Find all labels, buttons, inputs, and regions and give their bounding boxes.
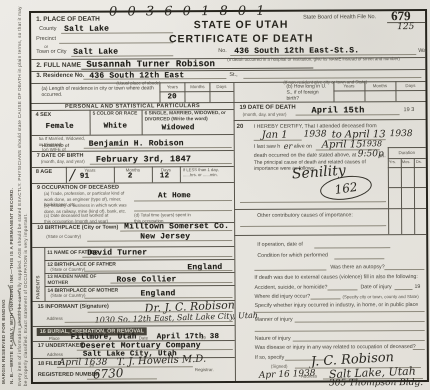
row-line: [32, 182, 234, 184]
informant-label: 15 INFORMANT (Signature): [38, 304, 109, 310]
years-col-label: Years: [160, 84, 184, 89]
occupation-a-value: At Home: [158, 192, 191, 200]
full-name-label: 2. FULL NAME: [36, 62, 81, 69]
column-divider: [233, 82, 236, 381]
rule-line: [311, 298, 341, 299]
street-no-label: No.: [218, 48, 227, 54]
age-less-note: If LESS than 1 day, ......hrs. or ......…: [183, 167, 231, 178]
serial-number-handwritten: 0 0 3 6 0 1 8 0 1: [109, 4, 268, 20]
rule-line: [255, 330, 425, 332]
color-race-label: 5 COLOR OR RACE: [93, 111, 139, 117]
age-label: 8 AGE: [36, 169, 52, 175]
rule-line: [314, 247, 390, 248]
registered-number-label: REGISTERED NUMBER: [38, 372, 99, 378]
st-label: St.,: [229, 72, 237, 78]
marital-value: Widowed: [162, 124, 195, 132]
rule-line: [59, 42, 173, 44]
attended-to-year-handwritten: 1938: [390, 129, 413, 139]
row-line: [234, 119, 426, 121]
autopsy-label: Was there an autopsy?: [330, 264, 384, 270]
days-col-label: Days: [396, 83, 424, 88]
duration-label: Duration: [388, 150, 426, 155]
death-occurred-text: death occurred on the date stated above,…: [254, 152, 357, 159]
rule-line: [394, 289, 412, 290]
rule-line: [87, 240, 232, 242]
marital-label: 6 SINGLE, MARRIED, WIDOWED, or DIVORCED …: [145, 111, 231, 123]
mother-name-label: 13 MAIDEN NAME OF MOTHER: [47, 275, 105, 287]
grid-line: [159, 91, 233, 92]
grid-line: [388, 147, 426, 148]
age-days-value: 12: [160, 172, 169, 180]
residence-label: 3. Residence No.: [36, 73, 84, 79]
where-injury-label: Where did injury occur?: [255, 294, 311, 300]
death-certificate-scan: MARGIN RESERVED FOR BINDING N. B.—WRITE …: [0, 0, 430, 390]
state-country-label: (State or Country): [50, 267, 85, 272]
rule-line: [240, 201, 386, 203]
rule-line: [61, 32, 173, 34]
rule-line: [413, 349, 425, 350]
years-in-city-value: 20: [167, 93, 176, 101]
cert-number: 20: [237, 124, 244, 130]
duration-yrs-label: Yrs.: [389, 160, 396, 165]
rule-line: [84, 147, 232, 149]
certificate-title: CERTIFICATE OF DEATH: [161, 33, 321, 46]
last-saw-year-handwritten: 1938: [362, 139, 382, 148]
grid-line: [142, 109, 143, 134]
grid-line: [401, 159, 402, 234]
injury-date-label: Date of injury: [360, 284, 391, 290]
date-of-death-label: 19 DATE OF DEATH: [240, 105, 296, 111]
birthplace-label: 10 BIRTHPLACE (City or Town): [37, 225, 118, 231]
rule-line: [254, 269, 326, 270]
specify-where-label: Specify whether injury occurred in indus…: [255, 302, 419, 309]
rule-line: [384, 269, 424, 270]
row-line: [234, 208, 426, 210]
place-of-death-label: 1. PLACE OF DEATH: [36, 16, 100, 23]
sex-label: 4 SEX: [36, 112, 52, 118]
grid-line: [388, 187, 426, 188]
certificate-frame: 0 0 3 6 0 1 8 0 1 1. PLACE OF DEATH Coun…: [29, 9, 429, 384]
signed-label: (Signed): [271, 364, 288, 369]
rule-line: [334, 258, 384, 259]
rule-line: [240, 225, 386, 227]
sex-value: Female: [46, 123, 74, 131]
grid-line: [90, 110, 91, 135]
manner-injury-label: Manner of injury: [255, 317, 293, 323]
grid-line: [180, 166, 181, 182]
months-col-label: Months: [365, 83, 394, 88]
file-no-handwritten: 125: [397, 22, 414, 32]
age-years-value: 91: [80, 173, 89, 181]
undertaker-label: 17 UNDERTAKER: [38, 343, 84, 349]
where-injury-note: (Specify city or town, county and State): [343, 294, 419, 300]
months-col-label: Months: [185, 84, 209, 89]
sign-address2-handwritten: 305 Thompson Bldg.: [329, 378, 423, 388]
row-line: [44, 259, 234, 261]
registrar-label: Registrar.: [195, 367, 214, 372]
contributory-label: Other contributory causes of importance:: [257, 212, 353, 219]
injury-year-label: 19: [414, 284, 420, 290]
age-months-value: 2: [128, 173, 133, 181]
sign-address-label: Address: [301, 374, 317, 379]
foreign-birth-label: (b) How long in U. S., if of foreign bir…: [286, 83, 332, 101]
violence-label: If death was due to external causes (vio…: [254, 274, 417, 281]
parents-label: PARENTS: [35, 253, 40, 299]
informant-address-label: Address: [47, 316, 63, 321]
margin-scrawl-handwriting: [2, 280, 30, 350]
rule-line: [296, 114, 400, 116]
if-so-specify-label: If so, specify: [255, 355, 284, 361]
rule-line: [82, 256, 232, 258]
state-title: STATE OF UTAH: [171, 19, 311, 32]
town-city-label: Town or City: [36, 49, 66, 55]
row-line: [234, 234, 426, 236]
length-residence-label: (a) Length of residence in city or town …: [41, 85, 156, 98]
last-saw-pre: I last saw h: [254, 144, 281, 150]
undertaker-address-label: Address: [47, 352, 63, 357]
file-no-label: State Board of Health File No.: [303, 14, 376, 21]
rule-line: [254, 140, 302, 141]
condition-label: Condition for which performed: [257, 252, 328, 258]
color-race-value: White: [104, 123, 128, 131]
grid-line: [333, 90, 425, 91]
nature-injury-label: Nature of injury: [255, 336, 291, 342]
date-of-death-sublabel: (month, day, and year): [243, 112, 287, 118]
state-country-label: (State or Country): [46, 234, 81, 239]
rule-line: [90, 163, 232, 165]
date-of-death-year: 19 3: [404, 107, 415, 113]
grid-line: [414, 159, 415, 234]
ward-label: Wa: [418, 48, 426, 54]
row-line: [44, 285, 234, 287]
cause-code-handwritten: 162: [334, 179, 359, 196]
rule-line: [87, 378, 157, 379]
rule-line: [327, 289, 357, 290]
accident-label: Accident, suicide, or homicide?: [254, 284, 327, 290]
rule-line: [255, 311, 425, 313]
rule-line: [295, 321, 425, 323]
years-col-label: Years: [334, 83, 363, 88]
county-label: County: [39, 26, 56, 32]
grid-line: [388, 167, 426, 168]
state-country-label: (State or Country): [51, 293, 86, 298]
last-saw-post: alive on: [294, 144, 312, 150]
last-saw-mid-handwritten: er: [284, 142, 293, 151]
precinct-label: Precinct: [36, 36, 56, 42]
informant-address-handwritten: 1030 So. 12th East, Salt Lake City, Utah: [95, 311, 259, 325]
rule-line: [134, 200, 232, 202]
row-line: [32, 150, 234, 152]
operation-label: If operation, date of: [257, 242, 303, 248]
row-line: [44, 272, 234, 274]
attended-from-year-handwritten: 1938: [304, 129, 327, 139]
days-col-label: Days: [210, 84, 232, 89]
duration-ds-label: Ds.: [416, 160, 422, 165]
age-slash-mark: /: [70, 166, 75, 184]
rule-line: [71, 55, 173, 57]
duration-mos-label: Mos.: [402, 160, 411, 165]
dob-sublabel: (month, day, and year): [41, 159, 85, 165]
rule-line: [293, 340, 425, 342]
